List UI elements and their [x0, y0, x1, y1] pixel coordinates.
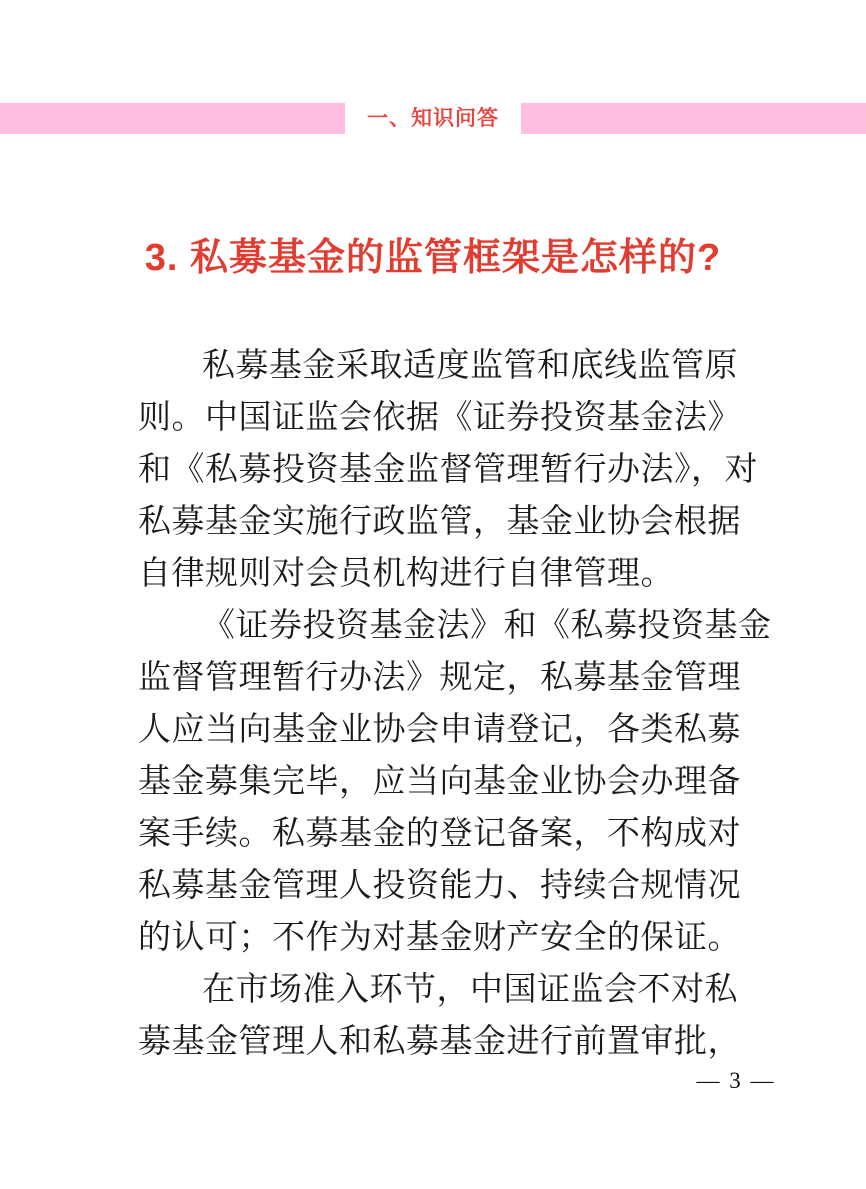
body-line: 《证券投资基金法》和《私募投资基金 — [138, 600, 744, 652]
body-line: 案手续。私募基金的登记备案，不构成对 — [138, 808, 744, 860]
body-line: 的认可；不作为对基金财产安全的保证。 — [138, 912, 744, 964]
body-line: 募基金管理人和私募基金进行前置审批， — [138, 1016, 744, 1068]
chapter-header-band: 一、知识问答 — [0, 103, 866, 134]
body-line: 和《私募投资基金监督管理暂行办法》，对 — [138, 444, 744, 496]
body-text: 私募基金采取适度监管和底线监管原 则。中国证监会依据《证券投资基金法》 和《私募… — [138, 340, 744, 1068]
running-header: 一、知识问答 — [345, 102, 521, 135]
body-line: 私募基金管理人投资能力、持续合规情况 — [138, 860, 744, 912]
book-page: 一、知识问答 3. 私募基金的监管框架是怎样的? 私募基金采取适度监管和底线监管… — [0, 0, 866, 1189]
body-line: 自律规则对会员机构进行自律管理。 — [138, 548, 744, 600]
body-line: 监督管理暂行办法》规定，私募基金管理 — [138, 652, 744, 704]
body-line: 私募基金采取适度监管和底线监管原 — [138, 340, 744, 392]
body-line: 基金募集完毕，应当向基金业协会办理备 — [138, 756, 744, 808]
section-title: 3. 私募基金的监管框架是怎样的? — [0, 230, 866, 286]
body-line: 在市场准入环节，中国证监会不对私 — [138, 964, 744, 1016]
body-line: 私募基金实施行政监管，基金业协会根据 — [138, 496, 744, 548]
page-number: — 3 — — [674, 1066, 798, 1096]
body-line: 则。中国证监会依据《证券投资基金法》 — [138, 392, 744, 444]
body-line: 人应当向基金业协会申请登记，各类私募 — [138, 704, 744, 756]
